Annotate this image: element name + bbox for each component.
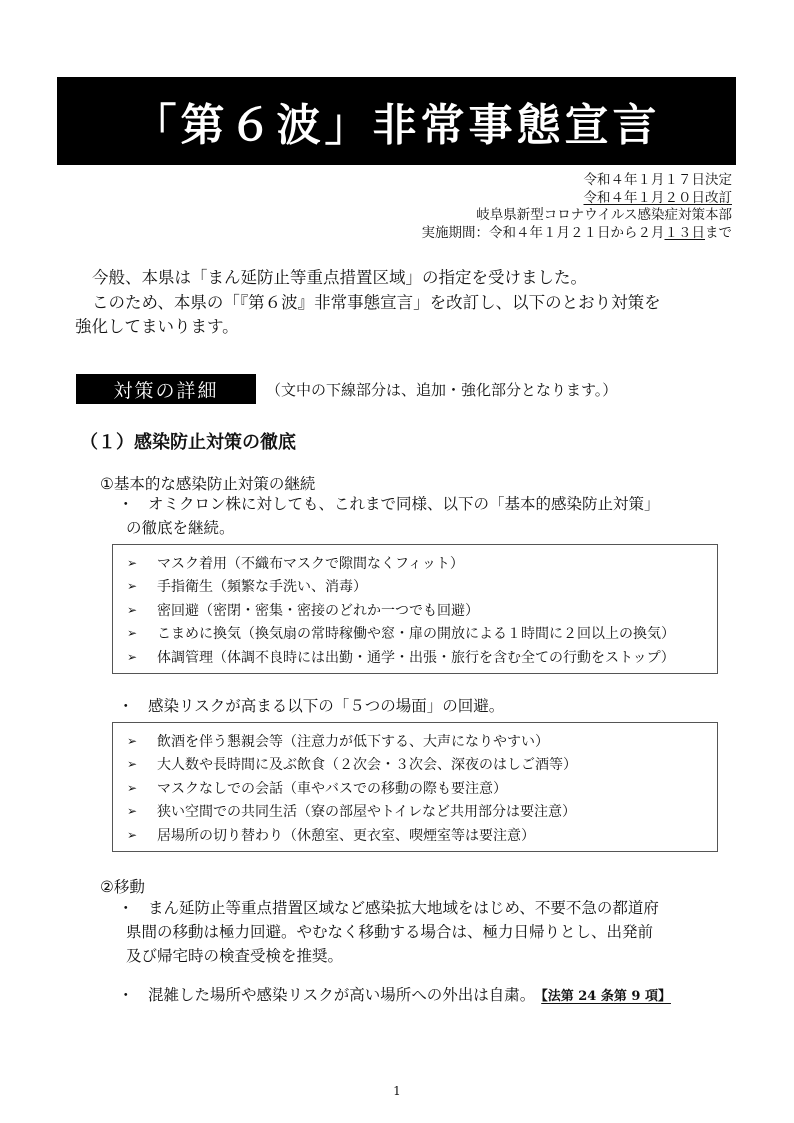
bullet-text: 混雑した場所や感染リスクが高い場所への外出は自粛。 — [144, 986, 535, 1004]
item-text: 密回避（密閉・密集・密接のどれか一つでも回避） — [157, 600, 479, 620]
bullet-travel: ・まん延防止等重点措置区域など感染拡大地域をはじめ、不要不急の都道府 県間の移動… — [118, 896, 728, 968]
decided-date: 令和４年１月１７日決定 — [422, 172, 733, 190]
item-text: 手指衛生（頻繁な手洗い、消毒） — [157, 576, 367, 596]
issuer: 岐阜県新型コロナウイルス感染症対策本部 — [422, 207, 733, 225]
section-1-heading: （１）感染防止対策の徹底 — [80, 428, 296, 454]
arrow-bullet-icon: ➢ — [127, 556, 157, 570]
bullet-five-scenes: ・感染リスクが高まる以下の「５つの場面」の回避。 — [118, 694, 728, 718]
list-item: ➢マスクなしでの会話（車やバスでの移動の際も要注意） — [113, 776, 717, 800]
bullet-text-cont: の徹底を継続。 — [118, 516, 728, 540]
bullet-outings: ・混雑した場所や感染リスクが高い場所への外出は自粛。【法第 24 条第 9 項】 — [118, 983, 728, 1009]
title-banner: 「第６波」非常事態宣言 — [57, 77, 736, 165]
arrow-bullet-icon: ➢ — [127, 650, 157, 664]
intro-line-3: 強化してまいります。 — [75, 315, 735, 340]
period-prefix: 実施期間：令和４年１月２１日から２月 — [422, 225, 665, 241]
basic-measures-box: ➢マスク着用（不織布マスクで隙間なくフィット） ➢手指衛生（頻繁な手洗い、消毒）… — [112, 544, 718, 674]
subsection-1-heading: ①基本的な感染防止対策の継続 — [100, 472, 315, 494]
item-text: 飲酒を伴う懇親会等（注意力が低下する、大声になりやすい） — [157, 731, 549, 751]
list-item: ➢マスク着用（不織布マスクで隙間なくフィット） — [113, 551, 717, 575]
bullet-text: オミクロン株に対しても、これまで同様、以下の「基本的感染防止対策」 — [144, 495, 660, 513]
page-number: 1 — [0, 1084, 794, 1098]
implementation-period: 実施期間：令和４年１月２１日から２月１３日まで — [422, 225, 733, 243]
bullet-dot: ・ — [118, 492, 144, 516]
arrow-bullet-icon: ➢ — [127, 781, 157, 795]
list-item: ➢狭い空間での共同生活（寮の部屋やトイレなど共用部分は要注意） — [113, 800, 717, 824]
document-meta: 令和４年１月１７日決定 令和４年１月２０日改訂 岐阜県新型コロナウイルス感染症対… — [422, 172, 733, 242]
bullet-text: 感染リスクが高まる以下の「５つの場面」の回避。 — [144, 697, 504, 715]
arrow-bullet-icon: ➢ — [127, 626, 157, 640]
five-scenes-box: ➢飲酒を伴う懇親会等（注意力が低下する、大声になりやすい） ➢大人数や長時間に及… — [112, 722, 718, 852]
intro-line-2: このため、本県の「『第６波』非常事態宣言」を改訂し、以下のとおり対策を — [75, 291, 735, 316]
bullet-omicron: ・オミクロン株に対しても、これまで同様、以下の「基本的感染防止対策」 の徹底を継… — [118, 492, 728, 540]
arrow-bullet-icon: ➢ — [127, 734, 157, 748]
arrow-bullet-icon: ➢ — [127, 603, 157, 617]
list-item: ➢手指衛生（頻繁な手洗い、消毒） — [113, 575, 717, 599]
item-text: マスクなしでの会話（車やバスでの移動の際も要注意） — [157, 778, 507, 798]
bullet-text-cont: 及び帰宅時の検査受検を推奨。 — [118, 944, 728, 968]
arrow-bullet-icon: ➢ — [127, 828, 157, 842]
list-item: ➢体調管理（体調不良時には出勤・通学・出張・旅行を含む全ての行動をストップ） — [113, 645, 717, 669]
item-text: 居場所の切り替わり（休憩室、更衣室、喫煙室等は要注意） — [157, 825, 535, 845]
intro-text: 今般、本県は「まん延防止等重点措置区域」の指定を受けました。 このため、本県の「… — [75, 266, 735, 340]
list-item: ➢大人数や長時間に及ぶ飲食（２次会・３次会、深夜のはしご酒等） — [113, 753, 717, 777]
details-note: （文中の下線部分は、追加・強化部分となります。） — [266, 379, 617, 400]
item-text: 狭い空間での共同生活（寮の部屋やトイレなど共用部分は要注意） — [157, 801, 576, 821]
list-item: ➢こまめに換気（換気扇の常時稼働や窓・扉の開放による１時間に２回以上の換気） — [113, 622, 717, 646]
details-label: 対策の詳細 — [76, 374, 256, 404]
subsection-2-heading: ②移動 — [100, 875, 145, 897]
item-text: マスク着用（不織布マスクで隙間なくフィット） — [157, 553, 464, 573]
bullet-dot: ・ — [118, 983, 144, 1007]
bullet-dot: ・ — [118, 694, 144, 718]
list-item: ➢密回避（密閉・密集・密接のどれか一つでも回避） — [113, 598, 717, 622]
list-item: ➢飲酒を伴う懇親会等（注意力が低下する、大声になりやすい） — [113, 729, 717, 753]
period-suffix: まで — [705, 225, 732, 241]
bullet-text: まん延防止等重点措置区域など感染拡大地域をはじめ、不要不急の都道府 — [144, 899, 659, 917]
bullet-dot: ・ — [118, 896, 144, 920]
law-reference: 【法第 24 条第 9 項】 — [541, 989, 671, 1004]
intro-line-1: 今般、本県は「まん延防止等重点措置区域」の指定を受けました。 — [75, 266, 735, 291]
revised-date: 令和４年１月２０日改訂 — [422, 190, 733, 208]
details-header: 対策の詳細 （文中の下線部分は、追加・強化部分となります。） — [76, 374, 617, 404]
item-text: 体調管理（体調不良時には出勤・通学・出張・旅行を含む全ての行動をストップ） — [157, 647, 675, 667]
arrow-bullet-icon: ➢ — [127, 579, 157, 593]
list-item: ➢居場所の切り替わり（休憩室、更衣室、喫煙室等は要注意） — [113, 823, 717, 847]
item-text: 大人数や長時間に及ぶ飲食（２次会・３次会、深夜のはしご酒等） — [157, 754, 577, 774]
arrow-bullet-icon: ➢ — [127, 757, 157, 771]
item-text: こまめに換気（換気扇の常時稼働や窓・扉の開放による１時間に２回以上の換気） — [157, 623, 675, 643]
arrow-bullet-icon: ➢ — [127, 804, 157, 818]
period-end-date: １３日 — [665, 225, 706, 241]
bullet-text-cont: 県間の移動は極力回避。やむなく移動する場合は、極力日帰りとし、出発前 — [118, 920, 728, 944]
document-title: 「第６波」非常事態宣言 — [133, 89, 661, 153]
